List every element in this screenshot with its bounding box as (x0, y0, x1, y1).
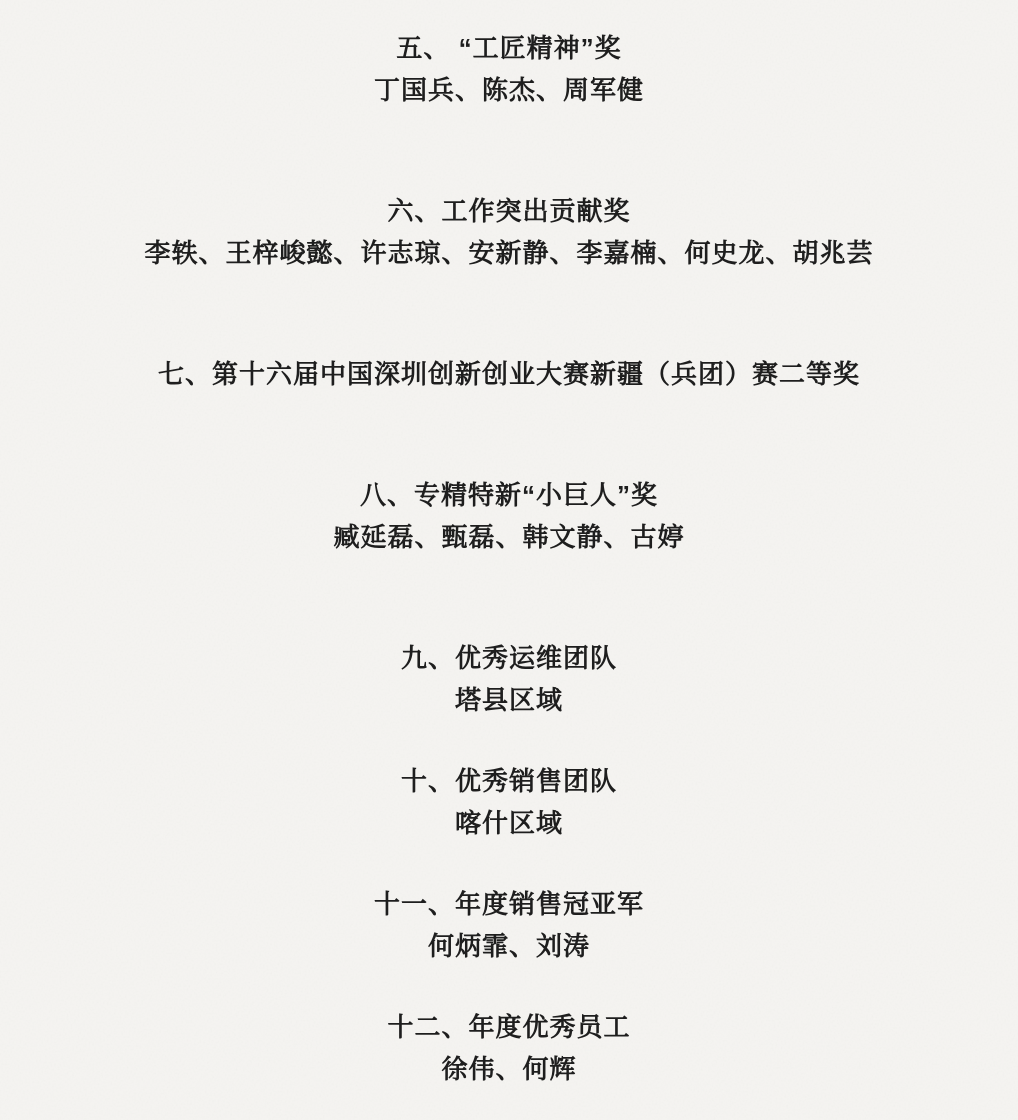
award-section-9: 九、优秀运维团队 塔县区域 (0, 637, 1018, 721)
award-title: 十二、年度优秀员工 (0, 1006, 1018, 1048)
award-recipients: 塔县区域 (0, 679, 1018, 721)
award-recipients: 何炳霏、刘涛 (0, 925, 1018, 967)
award-section-7: 七、第十六届中国深圳创新创业大赛新疆（兵团）赛二等奖 (0, 353, 1018, 395)
document-page: 五、 “工匠精神”奖 丁国兵、陈杰、周军健 六、工作突出贡献奖 李轶、王梓峻懿、… (0, 0, 1018, 1120)
award-recipients: 丁国兵、陈杰、周军健 (0, 69, 1018, 111)
award-title: 五、 “工匠精神”奖 (0, 27, 1018, 69)
award-title: 七、第十六届中国深圳创新创业大赛新疆（兵团）赛二等奖 (0, 353, 1018, 395)
award-section-6: 六、工作突出贡献奖 李轶、王梓峻懿、许志琼、安新静、李嘉楠、何史龙、胡兆芸 (0, 190, 1018, 274)
award-recipients: 臧延磊、甄磊、韩文静、古婷 (0, 516, 1018, 558)
award-section-5: 五、 “工匠精神”奖 丁国兵、陈杰、周军健 (0, 27, 1018, 111)
award-section-10: 十、优秀销售团队 喀什区域 (0, 760, 1018, 844)
award-section-8: 八、专精特新“小巨人”奖 臧延磊、甄磊、韩文静、古婷 (0, 474, 1018, 558)
award-title: 八、专精特新“小巨人”奖 (0, 474, 1018, 516)
award-section-12: 十二、年度优秀员工 徐伟、何辉 (0, 1006, 1018, 1090)
award-title: 六、工作突出贡献奖 (0, 190, 1018, 232)
awards-list: 五、 “工匠精神”奖 丁国兵、陈杰、周军健 六、工作突出贡献奖 李轶、王梓峻懿、… (0, 0, 1018, 1090)
award-recipients: 李轶、王梓峻懿、许志琼、安新静、李嘉楠、何史龙、胡兆芸 (0, 232, 1018, 274)
award-recipients: 喀什区域 (0, 802, 1018, 844)
award-title: 十一、年度销售冠亚军 (0, 883, 1018, 925)
award-section-11: 十一、年度销售冠亚军 何炳霏、刘涛 (0, 883, 1018, 967)
award-title: 九、优秀运维团队 (0, 637, 1018, 679)
award-recipients: 徐伟、何辉 (0, 1048, 1018, 1090)
award-title: 十、优秀销售团队 (0, 760, 1018, 802)
